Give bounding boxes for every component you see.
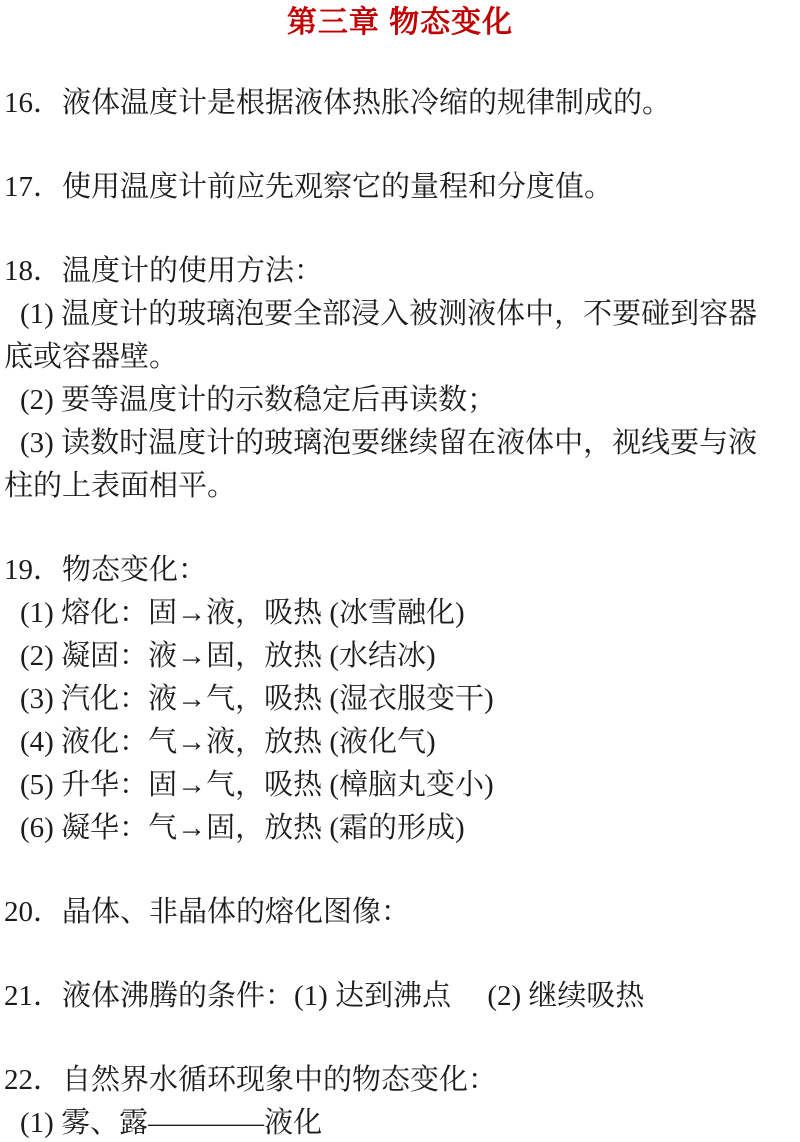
note-line: (1) 熔化：固→液，吸热 (冰雪融化) <box>0 592 800 635</box>
document-page: 第三章 物态变化 16．液体温度计是根据液体热胀冷缩的规律制成的。17．使用温度… <box>0 0 800 1142</box>
note-block: 19．物态变化：(1) 熔化：固→液，吸热 (冰雪融化)(2) 凝固：液→固，放… <box>0 549 800 850</box>
note-block: 20．晶体、非晶体的熔化图像： <box>0 891 800 934</box>
note-line: (1) 温度计的玻璃泡要全部浸入被测液体中，不要碰到容器 <box>0 293 800 336</box>
note-line: 19．物态变化： <box>0 549 800 592</box>
note-line: (3) 汽化：液→气，吸热 (湿衣服变干) <box>0 678 800 721</box>
note-block: 21．液体沸腾的条件：(1) 达到沸点 (2) 继续吸热 <box>0 975 800 1018</box>
notes-list: 16．液体温度计是根据液体热胀冷缩的规律制成的。17．使用温度计前应先观察它的量… <box>0 82 800 1142</box>
note-line: 20．晶体、非晶体的熔化图像： <box>0 891 800 934</box>
note-line: (2) 凝固：液→固，放热 (水结冰) <box>0 635 800 678</box>
note-block: 17．使用温度计前应先观察它的量程和分度值。 <box>0 166 800 209</box>
note-block: 16．液体温度计是根据液体热胀冷缩的规律制成的。 <box>0 82 800 125</box>
note-line: (5) 升华：固→气，吸热 (樟脑丸变小) <box>0 764 800 807</box>
note-line: 柱的上表面相平。 <box>0 465 800 508</box>
note-line: 底或容器壁。 <box>0 336 800 379</box>
note-line: (6) 凝华：气→固，放热 (霜的形成) <box>0 807 800 850</box>
note-line: (4) 液化：气→液，放热 (液化气) <box>0 721 800 764</box>
note-line: 18．温度计的使用方法： <box>0 250 800 293</box>
note-line: (2) 要等温度计的示数稳定后再读数； <box>0 379 800 422</box>
note-line: (3) 读数时温度计的玻璃泡要继续留在液体中，视线要与液 <box>0 422 800 465</box>
note-block: 18．温度计的使用方法：(1) 温度计的玻璃泡要全部浸入被测液体中，不要碰到容器… <box>0 250 800 508</box>
note-line: 21．液体沸腾的条件：(1) 达到沸点 (2) 继续吸热 <box>0 975 800 1018</box>
note-line: 16．液体温度计是根据液体热胀冷缩的规律制成的。 <box>0 82 800 125</box>
note-line: 17．使用温度计前应先观察它的量程和分度值。 <box>0 166 800 209</box>
chapter-title: 第三章 物态变化 <box>0 0 800 41</box>
note-line: 22．自然界水循环现象中的物态变化： <box>0 1059 800 1102</box>
note-block: 22．自然界水循环现象中的物态变化：(1) 雾、露————液化 <box>0 1059 800 1142</box>
note-line: (1) 雾、露————液化 <box>0 1102 800 1142</box>
